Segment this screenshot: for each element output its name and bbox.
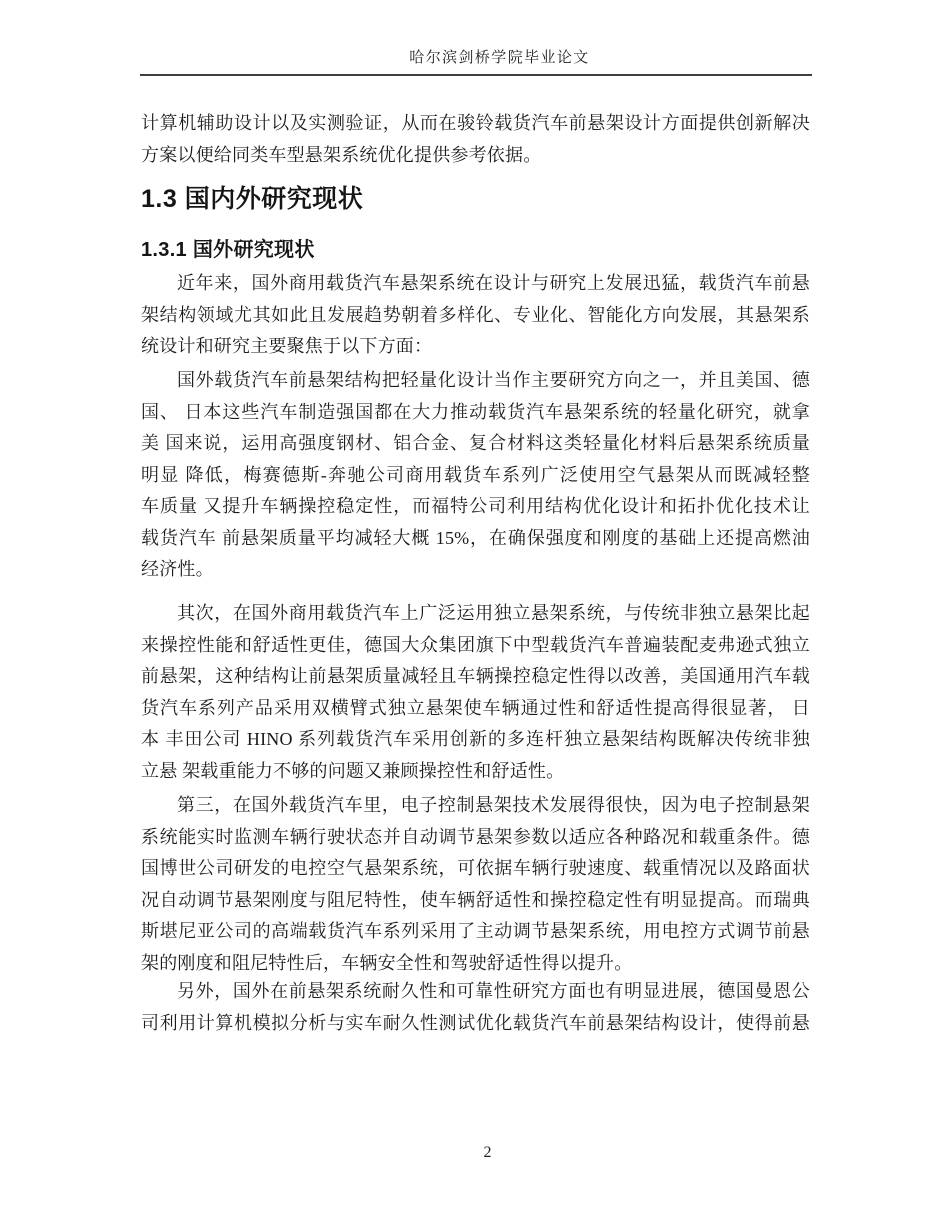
text-line: 系统能实时监测车辆行驶状态并自动调节悬架参数以适应各种路况和载重条件。德 — [141, 822, 810, 854]
text-line: 斯堪尼亚公司的高端载货汽车系列采用了主动调节悬架系统，用电控方式调节前悬 — [141, 916, 810, 948]
text-line: 明显 降低，梅赛德斯-奔驰公司商用载货车系列广泛使用空气悬架从而既减轻整 — [141, 460, 810, 492]
paragraph-lightweight-design: 国外载货汽车前悬架结构把轻量化设计当作主要研究方向之一，并且美国、德国、 日本这… — [141, 365, 810, 586]
paragraph-intro-continuation: 计算机辅助设计以及实测验证，从而在骏铃载货汽车前悬架设计方面提供创新解决方案以便… — [141, 108, 810, 171]
text-line: 计算机辅助设计以及实测验证，从而在骏铃载货汽车前悬架设计方面提供创新解决 — [141, 108, 810, 140]
paragraph-electronic-control: 第三，在国外载货汽车里，电子控制悬架技术发展得很快，因为电子控制悬架系统能实时监… — [141, 790, 810, 979]
text-line: 架结构领域尤其如此且发展趋势朝着多样化、专业化、智能化方向发展，其悬架系 — [141, 300, 810, 332]
subsection-heading: 1.3.1 国外研究现状 — [141, 237, 810, 264]
page-number: 2 — [153, 1144, 822, 1162]
text-line: 统设计和研究主要聚焦于以下方面： — [141, 331, 810, 363]
text-line: 前悬架，这种结构让前悬架质量减轻且车辆操控稳定性得以改善，美国通用汽车载 — [141, 661, 810, 693]
text-line: 载货汽车 前悬架质量平均减轻大概 15%，在确保强度和刚度的基础上还提高燃油 — [141, 523, 810, 555]
text-line: 况自动调节悬架刚度与阻尼特性，使车辆舒适性和操控稳定性有明显提高。而瑞典 — [141, 885, 810, 917]
text-line: 货汽车系列产品采用双横臂式独立悬架使车辆通过性和舒适性提高得很显著， 日 — [141, 693, 810, 725]
text-line: 国博世公司研发的电控空气悬架系统，可依据车辆行驶速度、载重情况以及路面状 — [141, 853, 810, 885]
paragraph-durability: 另外，国外在前悬架系统耐久性和可靠性研究方面也有明显进展，德国曼恩公司利用计算机… — [141, 976, 810, 1039]
text-line: 方案以便给同类车型悬架系统优化提供参考依据。 — [141, 140, 810, 172]
text-line: 司利用计算机模拟分析与实车耐久性测试优化载货汽车前悬架结构设计，使得前悬 — [141, 1008, 810, 1040]
thesis-page: 哈尔滨剑桥学院毕业论文 计算机辅助设计以及实测验证，从而在骏铃载货汽车前悬架设计… — [0, 0, 950, 1230]
text-line: 另外，国外在前悬架系统耐久性和可靠性研究方面也有明显进展，德国曼恩公 — [141, 976, 810, 1008]
text-line: 其次，在国外商用载货汽车上广泛运用独立悬架系统，与传统非独立悬架比起 — [141, 598, 810, 630]
text-line: 美 国来说，运用高强度钢材、铝合金、复合材料这类轻量化材料后悬架系统质量 — [141, 428, 810, 460]
text-line: 立悬 架载重能力不够的问题又兼顾操控性和舒适性。 — [141, 756, 810, 788]
text-line: 近年来，国外商用载货汽车悬架系统在设计与研究上发展迅猛，载货汽车前悬 — [141, 268, 810, 300]
header-divider-rule — [140, 74, 812, 76]
text-line: 国外载货汽车前悬架结构把轻量化设计当作主要研究方向之一，并且美国、德 — [141, 365, 810, 397]
section-heading: 1.3 国内外研究现状 — [141, 182, 810, 216]
text-line: 车质量 又提升车辆操控稳定性，而福特公司利用结构优化设计和拓扑优化技术让 — [141, 491, 810, 523]
text-line: 经济性。 — [141, 554, 810, 586]
paragraph-independent-suspension: 其次，在国外商用载货汽车上广泛运用独立悬架系统，与传统非独立悬架比起来操控性能和… — [141, 598, 810, 787]
running-header-title: 哈尔滨剑桥学院毕业论文 — [165, 46, 834, 67]
text-line: 来操控性能和舒适性更佳，德国大众集团旗下中型载货汽车普遍装配麦弗逊式独立 — [141, 630, 810, 662]
text-line: 本 丰田公司 HINO 系列载货汽车采用创新的多连杆独立悬架结构既解决传统非独 — [141, 724, 810, 756]
text-line: 架的刚度和阻尼特性后，车辆安全性和驾驶舒适性得以提升。 — [141, 948, 810, 980]
paragraph-recent-years: 近年来，国外商用载货汽车悬架系统在设计与研究上发展迅猛，载货汽车前悬架结构领域尤… — [141, 268, 810, 363]
text-line: 第三，在国外载货汽车里，电子控制悬架技术发展得很快，因为电子控制悬架 — [141, 790, 810, 822]
text-line: 国、 日本这些汽车制造强国都在大力推动载货汽车悬架系统的轻量化研究，就拿 — [141, 397, 810, 429]
